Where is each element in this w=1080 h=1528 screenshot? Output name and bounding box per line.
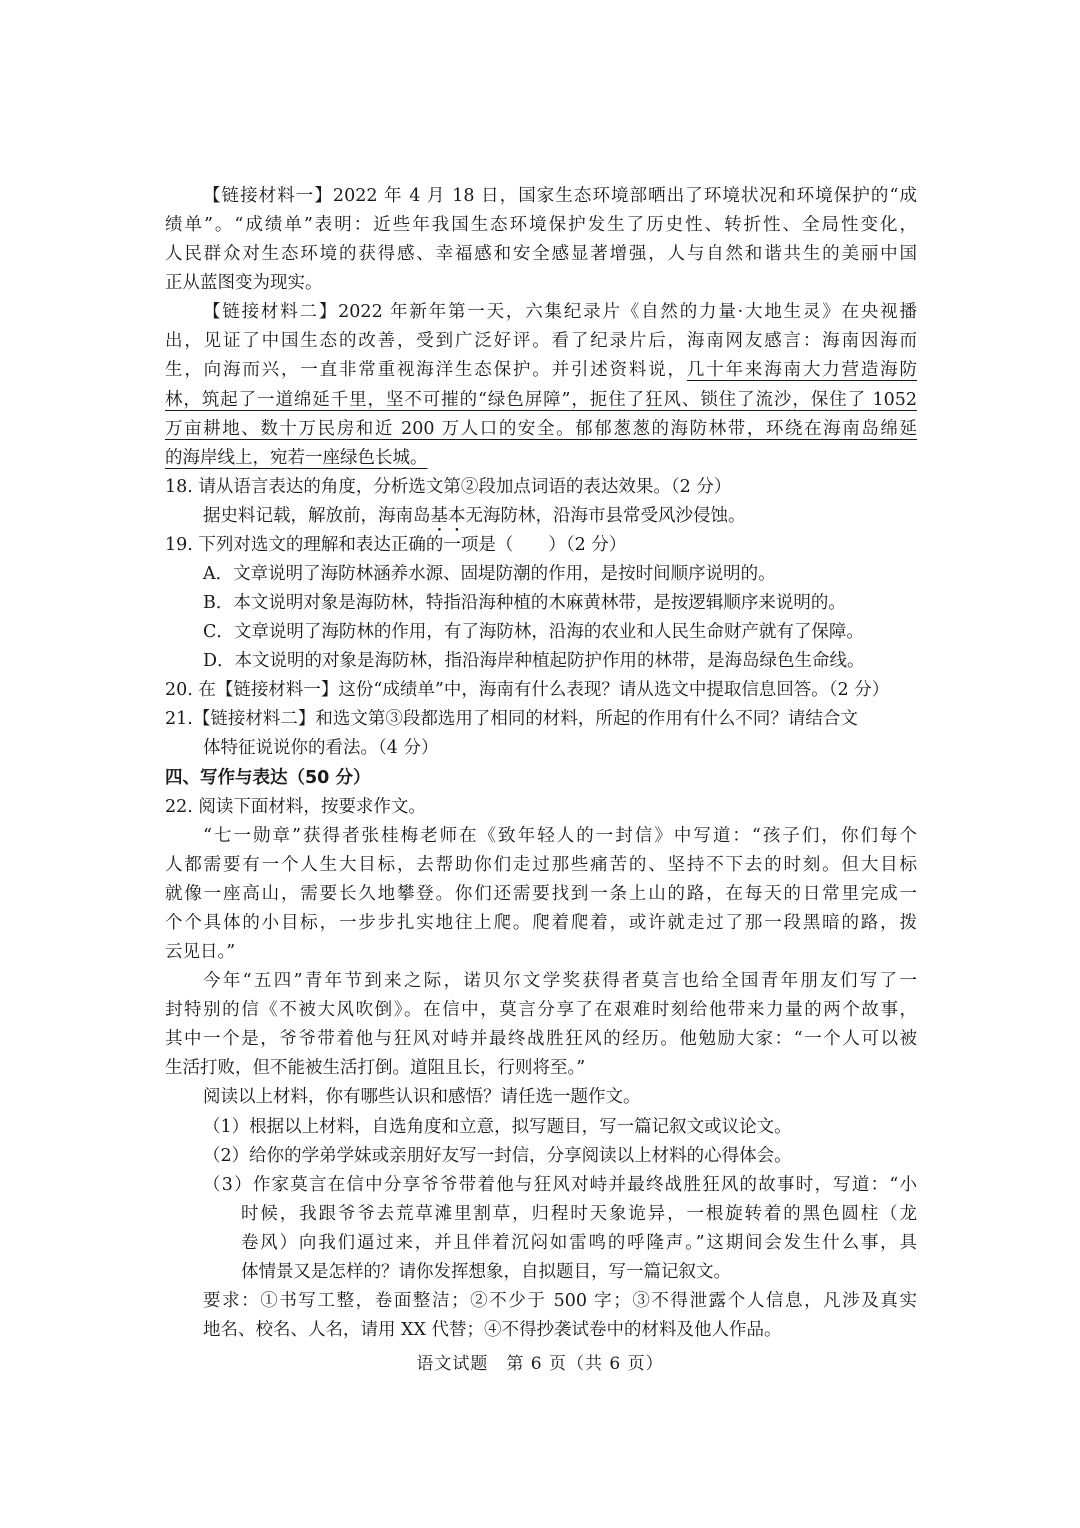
exam-page: 【链接材料一】2022 年 4 月 18 日，国家生态环境部晒出了环境状况和环境… (0, 0, 1080, 1528)
page-footer: 语文试题 第 6 页（共 6 页） (0, 1349, 1080, 1374)
material-one-line: 绩单”。“成绩单”表明：近些年我国生态环境保护发生了历史性、转折性、全局性变化， (165, 211, 917, 240)
material-two-line: 【链接材料二】2022 年新年第一天，六集纪录片《自然的力量·大地生灵》在央视播 (165, 298, 917, 327)
underlined-text: 几十年来海南大力营造海防 (687, 360, 917, 380)
material-line: 就像一座高山，需要长久地攀登。你们还需要找到一条上山的路，在每天的日常里完成一 (165, 880, 917, 909)
question-number: 20. (165, 680, 193, 700)
question-prompt: 在【链接材料一】这份“成绩单”中，海南有什么表现？请从选文中提取信息回答。（2 … (198, 680, 889, 700)
option-label: （2） (203, 1146, 249, 1166)
option-text: 文章说明了海防林的作用，有了海防林，沿海的农业和人民生命财产就有了保障。 (234, 622, 864, 642)
option-c: C．文章说明了海防林的作用，有了海防林，沿海的农业和人民生命财产就有了保障。 (165, 618, 917, 647)
material-line: “七一勋章”获得者张桂梅老师在《致年轻人的一封信》中写道：“孩子们，你们每个 (165, 822, 917, 851)
question-18: 18. 请从语言表达的角度，分析选文第②段加点词语的表达效果。（2 分） (165, 473, 917, 502)
option-text: 文章说明了海防林涵养水源、固堤防潮的作用，是按时间顺序说明的。 (233, 564, 776, 584)
writing-option-3-cont: 时候，我跟爷爷去荒草滩里割草，归程时天象诡异，一根旋转着的黑色圆柱（龙 (165, 1200, 917, 1229)
material-two-line: 生，向海而兴，一直非常重视海洋生态保护。并引述资料说，几十年来海南大力营造海防 (165, 356, 917, 385)
material-line: 个个具体的小目标，一步步扎实地往上爬。爬着爬着，或许就走过了那一段黑暗的路，拨 (165, 909, 917, 938)
question-prompt: 【链接材料二】和选文第③段都选用了相同的材料，所起的作用有什么不同？请结合文 (193, 709, 858, 729)
option-text: 给你的学弟学妹或亲朋好友写一封信，分享阅读以上材料的心得体会。 (249, 1146, 792, 1166)
material-one-line: 正从蓝图变为现实。 (165, 269, 917, 298)
question-prompt: 请从语言表达的角度，分析选文第②段加点词语的表达效果。（2 分） (198, 477, 731, 497)
material-line: 封特别的信《不被大风吹倒》。在信中，莫言分享了在艰难时刻给他带来力量的两个故事， (165, 996, 917, 1025)
material-line: 今年“五四”青年节到来之际，诺贝尔文学奖获得者莫言也给全国青年朋友们写了一 (165, 967, 917, 996)
question-19: 19. 下列对选文的理解和表达正确的一项是（ ）（2 分） (165, 531, 917, 560)
question-number: 21. (165, 709, 193, 729)
material-two-line: 万亩耕地、数十万民房和近 200 万人口的安全。郁郁葱葱的海防林带，环绕在海南岛… (165, 415, 917, 444)
material-two-line: 的海岸线上，宛若一座绿色长城。 (165, 444, 917, 473)
option-label: B． (203, 593, 233, 613)
question-number: 22. (165, 797, 193, 817)
material-line: 阅读以上材料，你有哪些认识和感悟？请任选一题作文。 (165, 1083, 917, 1112)
writing-option-1: （1）根据以上材料，自选角度和立意，拟写题目，写一篇记叙文或议论文。 (165, 1113, 917, 1142)
quote-text: 无海防林，沿海市县常受风沙侵蚀。 (466, 506, 746, 526)
section-heading: 四、写作与表达（50 分） (165, 764, 917, 793)
option-label: （3） (203, 1175, 253, 1195)
material-line: 云见日。” (165, 938, 917, 967)
option-text: 本文说明的对象是海防林，指沿海岸种植起防护作用的林带，是海岛绿色生命线。 (235, 651, 865, 671)
material-one-line: 人民群众对生态环境的获得感、幸福感和安全感显著增强，人与自然和谐共生的美丽中国 (165, 240, 917, 269)
requirements-line: 要求：①书写工整，卷面整洁；②不少于 500 字；③不得泄露个人信息，凡涉及真实 (165, 1287, 917, 1316)
material-line: 人都需要有一个人生大目标，去帮助你们走过那些痛苦的、坚持不下去的时刻。但大目标 (165, 851, 917, 880)
option-label: D． (203, 651, 235, 671)
question-21-cont: 体特征说说你的看法。（4 分） (165, 734, 917, 763)
footer-page-number: 第 6 页（共 6 页） (506, 1354, 663, 1374)
option-label: A． (203, 564, 233, 584)
option-b: B．本文说明对象是海防林，特指沿海种植的木麻黄林带，是按逻辑顺序来说明的。 (165, 589, 917, 618)
writing-option-3-cont: 体情景又是怎样的？请你发挥想象，自拟题目，写一篇记叙文。 (165, 1258, 917, 1287)
writing-option-3: （3）作家莫言在信中分享爷爷带着他与狂风对峙并最终战胜狂风的故事时，写道：“小 (165, 1171, 917, 1200)
option-text: 根据以上材料，自选角度和立意，拟写题目，写一篇记叙文或议论文。 (249, 1117, 792, 1137)
dotted-word: 基本 (431, 506, 466, 526)
page-body: 【链接材料一】2022 年 4 月 18 日，国家生态环境部晒出了环境状况和环境… (165, 182, 917, 1345)
question-number: 18. (165, 477, 193, 497)
option-text: 作家莫言在信中分享爷爷带着他与狂风对峙并最终战胜狂风的故事时，写道：“小 (253, 1175, 917, 1195)
material-two-line: 林，筑起了一道绵延千里，坚不可摧的“绿色屏障”，扼住了狂风、锁住了流沙，保住了 … (165, 386, 917, 415)
writing-option-3-cont: 卷风）向我们逼过来，并且伴着沉闷如雷鸣的呼隆声。”这期间会发生什么事，具 (165, 1229, 917, 1258)
question-prompt: 阅读下面材料，按要求作文。 (198, 797, 426, 817)
underlined-text: 林，筑起了一道绵延千里，坚不可摧的“绿色屏障”，扼住了狂风、锁住了流沙，保住了 … (165, 390, 917, 410)
option-text: 本文说明对象是海防林，特指沿海种植的木麻黄林带，是按逻辑顺序来说明的。 (233, 593, 846, 613)
question-prompt: 下列对选文的理解和表达正确的一项是（ ）（2 分） (198, 535, 626, 555)
material-one-line: 【链接材料一】2022 年 4 月 18 日，国家生态环境部晒出了环境状况和环境… (165, 182, 917, 211)
question-21: 21.【链接材料二】和选文第③段都选用了相同的材料，所起的作用有什么不同？请结合… (165, 705, 917, 734)
material-two-line: 出，见证了中国生态的改善，受到广泛好评。看了纪录片后，海南网友感言：海南因海而 (165, 327, 917, 356)
writing-option-2: （2）给你的学弟学妹或亲朋好友写一封信，分享阅读以上材料的心得体会。 (165, 1142, 917, 1171)
requirements-line: 地名、校名、人名，请用 XX 代替；④不得抄袭试卷中的材料及他人作品。 (165, 1316, 917, 1345)
option-d: D．本文说明的对象是海防林，指沿海岸种植起防护作用的林带，是海岛绿色生命线。 (165, 647, 917, 676)
plain-text: 生，向海而兴，一直非常重视海洋生态保护。并引述资料说， (165, 360, 687, 380)
option-label: （1） (203, 1117, 249, 1137)
question-20: 20. 在【链接材料一】这份“成绩单”中，海南有什么表现？请从选文中提取信息回答… (165, 676, 917, 705)
underlined-text: 万亩耕地、数十万民房和近 200 万人口的安全。郁郁葱葱的海防林带，环绕在海南岛… (165, 419, 917, 439)
footer-subject: 语文试题 (416, 1354, 488, 1374)
material-line: 其中一个是，爷爷带着他与狂风对峙并最终战胜狂风的经历。他勉励大家：“一个人可以被 (165, 1025, 917, 1054)
question-22: 22. 阅读下面材料，按要求作文。 (165, 793, 917, 822)
question-number: 19. (165, 535, 193, 555)
underlined-text: 的海岸线上，宛若一座绿色长城。 (165, 448, 428, 468)
quote-text: 据史料记载，解放前，海南岛 (203, 506, 431, 526)
option-label: C． (203, 622, 234, 642)
material-line: 生活打败，但不能被生活打倒。道阻且长，行则将至。” (165, 1054, 917, 1083)
option-a: A．文章说明了海防林涵养水源、固堤防潮的作用，是按时间顺序说明的。 (165, 560, 917, 589)
question-18-quote: 据史料记载，解放前，海南岛基本无海防林，沿海市县常受风沙侵蚀。 (165, 502, 917, 531)
